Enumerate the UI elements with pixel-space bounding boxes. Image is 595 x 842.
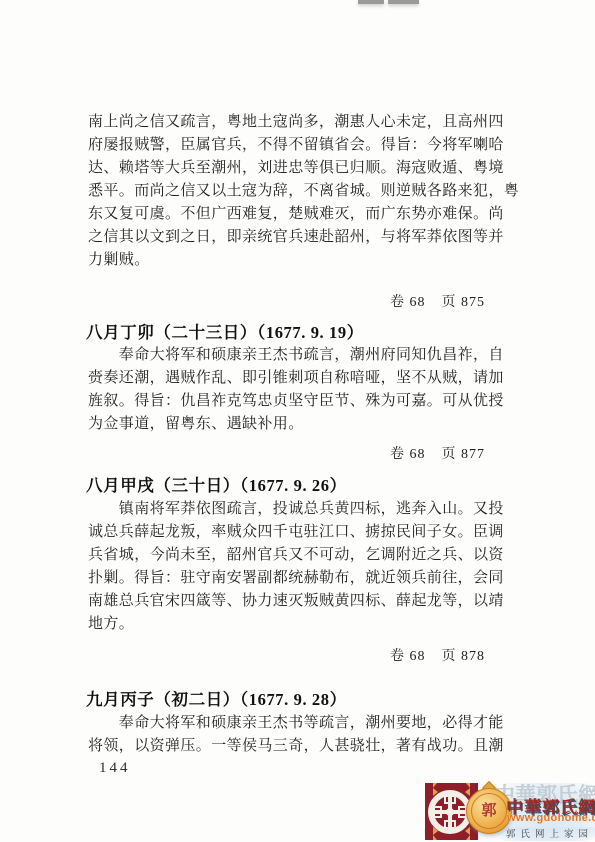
body-line: 赍奏还潮，遇贼作乱、即引锥刺项自称喑哑，坚不从贼，请加 [88, 367, 514, 390]
entry-heading: 九月丙子（初二日）（1677. 9. 28） [86, 686, 516, 710]
page-number: 144 [99, 760, 131, 777]
body-line: 扑剿。得旨：驻守南安署副都统赫勒布，就近领兵前往，会同 [88, 567, 514, 590]
body-line: 地方。 [88, 613, 514, 636]
entry-heading: 八月甲戌（三十日）（1677. 9. 26） [86, 472, 516, 496]
scan-artifact-bar [388, 0, 419, 4]
body-line: 南雄总兵官宋四箴等、协力速灭叛贼黄四标、薛起龙等，以靖 [88, 590, 514, 613]
page-ref: 页 875 [442, 295, 486, 310]
body-line: 南上尚之信又疏言，粤地土寇尚多，潮惠人心未定，且高州四 [88, 111, 514, 134]
body-line: 为佥事道，留粤东、遇缺补用。 [88, 413, 514, 436]
body-line: 悉平。而尚之信又以土寇为辞，不离省城。则逆贼各路来犯，粤 [88, 180, 514, 203]
entry-paragraph: 镇南将军莽依图疏言，投诚总兵黄四标，逃奔入山。又投 诚总兵薛起龙叛，率贼众四千屯… [88, 498, 514, 636]
entry-heading: 八月丁卯（二十三日）（1677. 9. 19） [86, 319, 516, 343]
entry-paragraph: 南上尚之信又疏言，粤地土寇尚多，潮惠人心未定，且高州四 府屡报贼警，臣属官兵，不… [88, 111, 514, 272]
body-line: 府屡报贼警，臣属官兵，不得不留镇省会。得旨：今将军喇哈 [88, 134, 514, 157]
body-line: 诚总兵薛起龙叛，率贼众四千屯驻江口、掳掠民间子女。臣调 [88, 521, 514, 544]
body-line: 达、赖塔等大兵至潮州，刘进忠等俱已归顺。海寇败遁、粤境 [88, 157, 514, 180]
body-line: 东又复可虞。不但广西难复，楚贼难灭，而广东势亦难保。尚 [88, 203, 514, 226]
body-line: 兵省城，今尚未至，韶州官兵又不可动，乞调附近之兵、以资 [88, 544, 514, 567]
body-line: 旌叙。得旨：仇昌祚克笃忠贞坚守臣节、殊为可嘉。可从优授 [88, 390, 514, 413]
body-line: 镇南将军莽依图疏言，投诚总兵黄四标，逃奔入山。又投 [88, 498, 514, 521]
volume-ref: 卷 68 [390, 295, 426, 310]
scan-artifact-bar [358, 0, 384, 4]
body-line: 奉命大将军和硕康亲王杰书等疏言，潮州要地，必得才能 [88, 712, 514, 735]
watermark-tagline: 郭氏网上家园 [506, 826, 593, 840]
source-ref: 卷 68页 875 [390, 291, 485, 311]
page-ref: 页 877 [442, 447, 486, 462]
volume-ref: 卷 68 [390, 447, 426, 462]
page-ref: 页 878 [442, 649, 486, 664]
body-line: 奉命大将军和硕康亲王杰书疏言，潮州府同知仇昌祚，自 [88, 344, 514, 367]
body-line: 将领，以资弹压。一等侯马三奇，人甚骁壮，著有战功。且潮 [88, 735, 514, 758]
site-watermark: 中華郭氏網 郭 中華郭氏網 www.guohome.org 郭氏网上家园 [424, 781, 595, 842]
source-ref: 卷 68页 878 [390, 645, 485, 665]
entry-paragraph: 奉命大将军和硕康亲王杰书等疏言，潮州要地，必得才能 将领，以资弹压。一等侯马三奇… [88, 712, 514, 758]
volume-ref: 卷 68 [390, 649, 426, 664]
entry-paragraph: 奉命大将军和硕康亲王杰书疏言，潮州府同知仇昌祚，自 赍奏还潮，遇贼作乱、即引锥刺… [88, 344, 514, 436]
source-ref: 卷 68页 877 [390, 443, 485, 463]
coin-character: 郭 [481, 804, 496, 819]
watermark-site-url: www.guohome.org [507, 812, 595, 824]
scanned-book-page: 南上尚之信又疏言，粤地土寇尚多，潮惠人心未定，且高州四 府屡报贼警，臣属官兵，不… [0, 0, 595, 842]
body-line: 力剿贼。 [88, 249, 514, 272]
body-line: 之信其以文到之日，即亲统官兵速赴韶州，与将军莽依图等并 [88, 226, 514, 249]
